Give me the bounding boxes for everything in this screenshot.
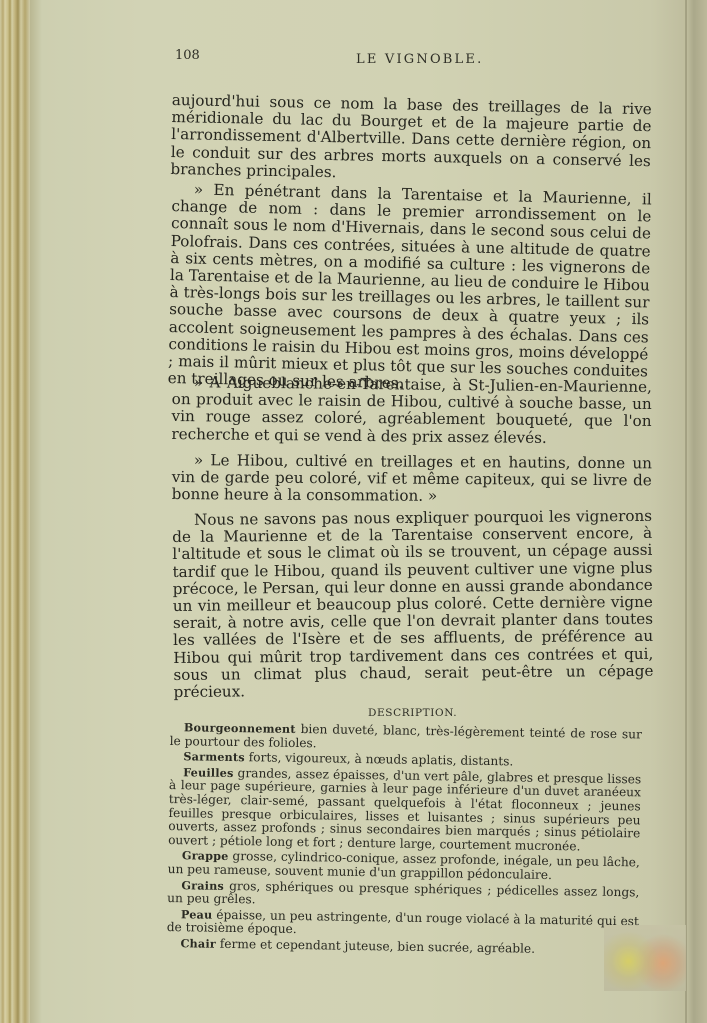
- spine-shadow: [30, 0, 42, 1023]
- entry-text: grandes, assez épaisses, d'un vert pâle,…: [168, 766, 641, 853]
- entry-term: Grains: [181, 878, 224, 893]
- paragraph-text: » En pénétrant dans la Tarentaise et la …: [167, 181, 651, 398]
- body-paragraph: » A Aigueblanche-en-Tarentaise, à St-Jul…: [171, 374, 652, 448]
- entry-term: Feuilles: [183, 765, 234, 780]
- entry-term: Peau: [181, 907, 213, 921]
- body-paragraph: » En pénétrant dans la Tarentaise et la …: [167, 181, 651, 398]
- page-edge: [685, 0, 707, 1023]
- running-title: LE VIGNOBLE.: [356, 52, 483, 67]
- body-paragraph: » Le Hibou, cultivé en treillages et en …: [172, 452, 652, 507]
- description-list: Bourgeonnement bien duveté, blanc, très-…: [166, 721, 642, 960]
- book-page: 108 LE VIGNOBLE. aujourd'hui sous ce nom…: [0, 0, 707, 1023]
- paragraph-text: » Le Hibou, cultivé en treillages et en …: [172, 452, 652, 507]
- paragraph-text: aujourd'hui sous ce nom la base des trei…: [170, 92, 652, 187]
- description-entry: Feuilles grandes, assez épaisses, d'un v…: [168, 766, 641, 855]
- book-spine: [0, 0, 30, 1023]
- section-heading: DESCRIPTION.: [368, 707, 457, 719]
- page-edge-line: [685, 0, 687, 1023]
- entry-term: Sarments: [183, 749, 245, 764]
- body-paragraph: aujourd'hui sous ce nom la base des trei…: [170, 92, 652, 187]
- reflection-artifact: [604, 925, 686, 991]
- entry-text: grosse, cylindrico-conique, assez profon…: [168, 849, 640, 882]
- entry-term: Chair: [180, 936, 216, 951]
- entry-term: Grappe: [182, 849, 229, 864]
- paragraph-text: » A Aigueblanche-en-Tarentaise, à St-Jul…: [171, 374, 652, 448]
- paragraph-text: Nous ne savons pas nous expliquer pourqu…: [172, 508, 654, 701]
- page-number: 108: [175, 48, 200, 63]
- body-paragraph: Nous ne savons pas nous expliquer pourqu…: [172, 508, 654, 701]
